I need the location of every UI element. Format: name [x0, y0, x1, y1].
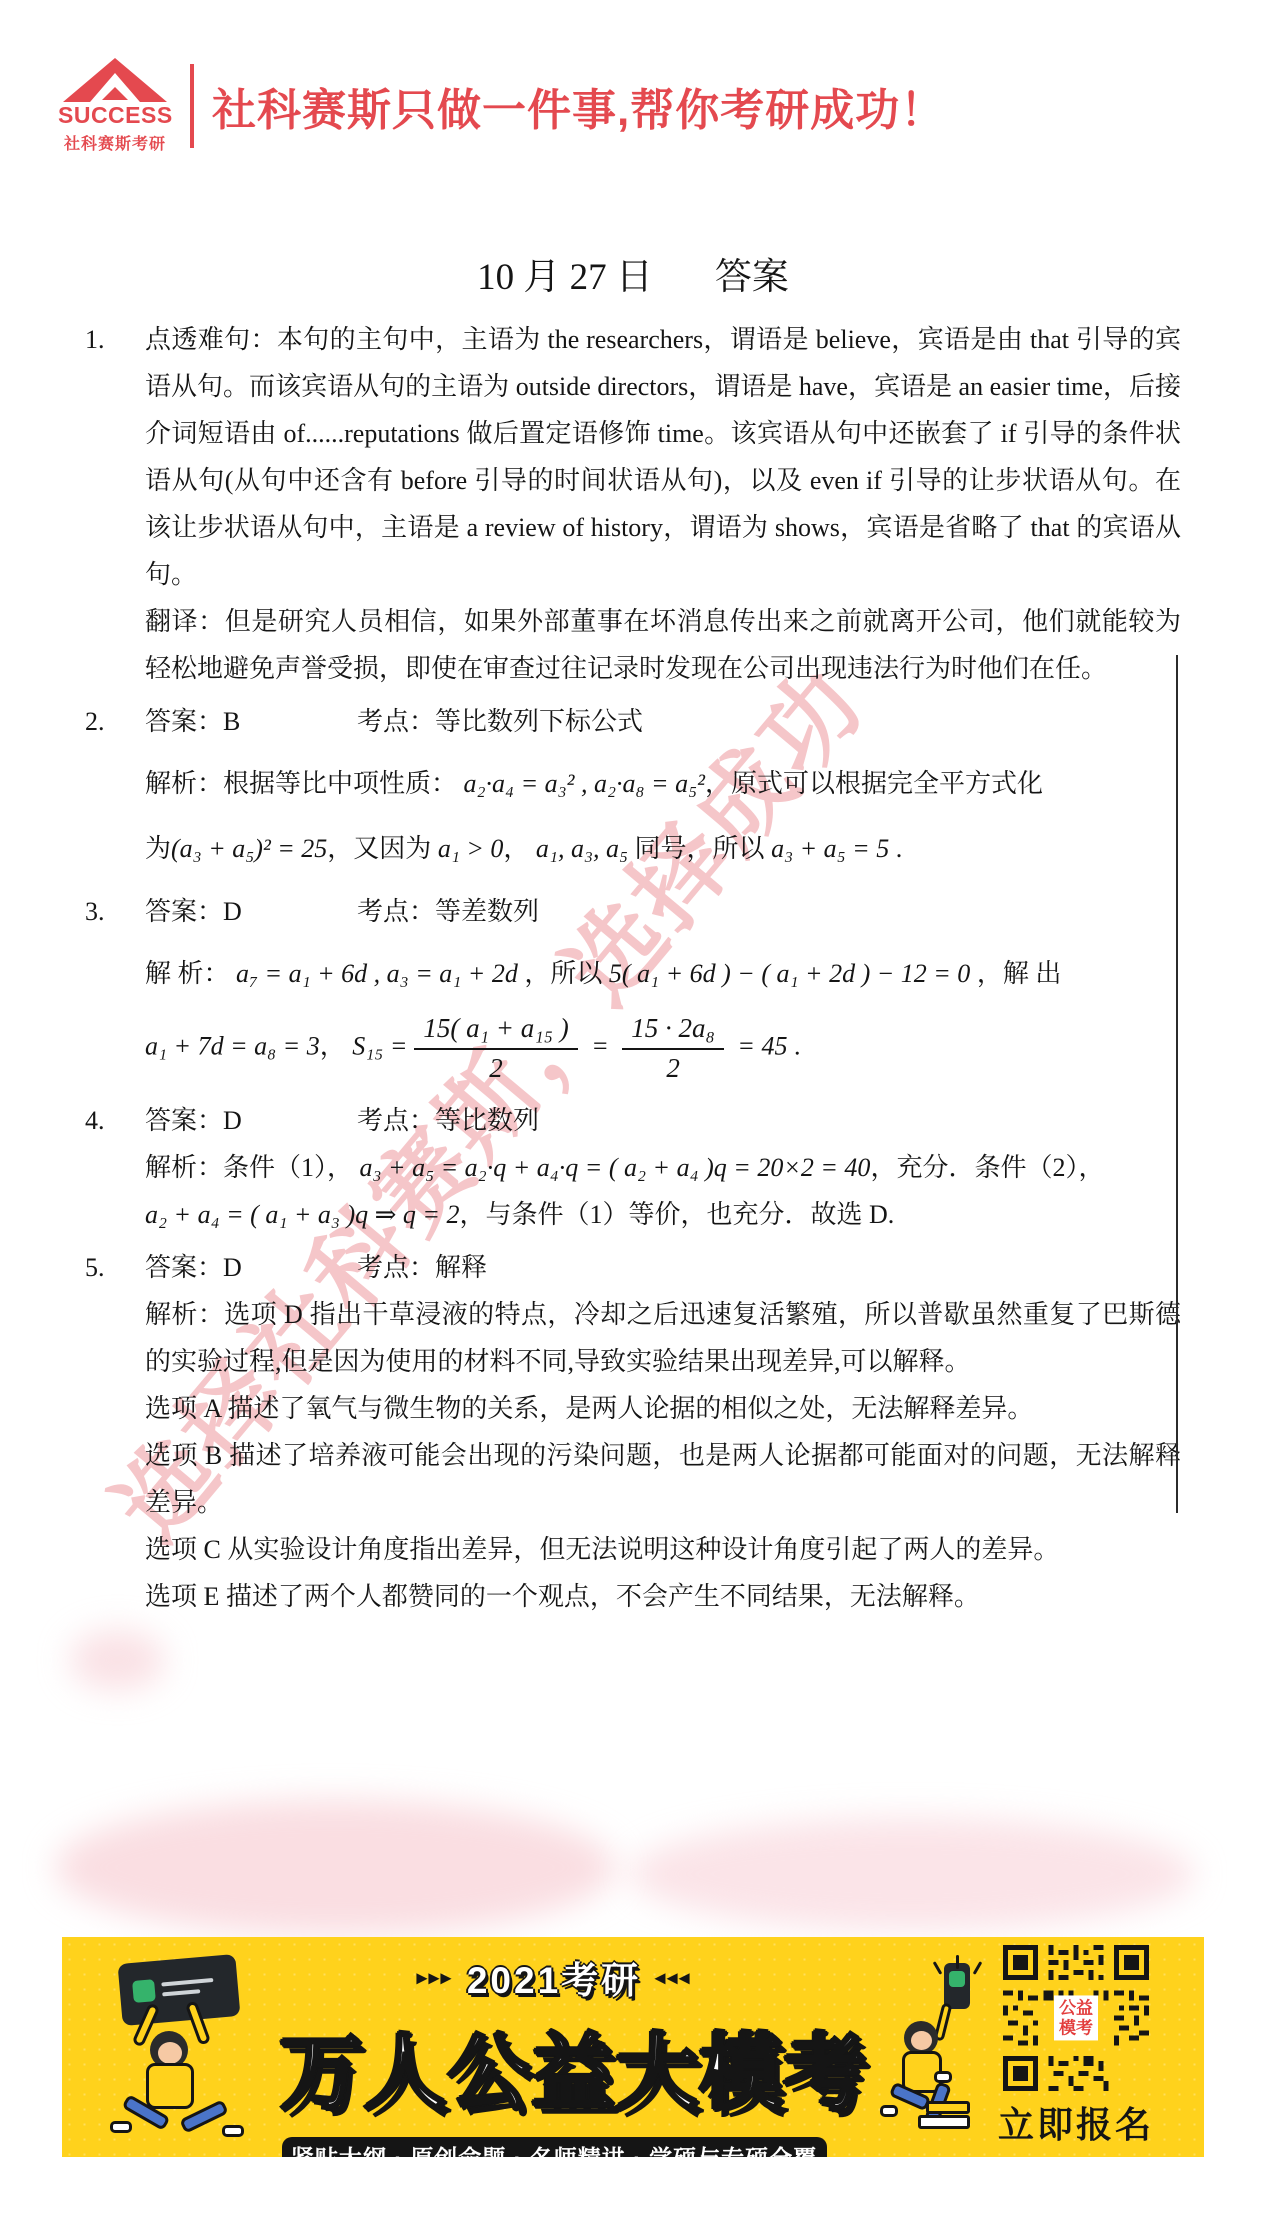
pink-splash — [630, 1818, 1195, 1930]
answer-item: 1.点透难句：本句的主句中，主语为 the researchers，谓语是 be… — [85, 316, 1181, 692]
math-expression: a₃ + a₅ = a₂·q + a₄·q = ( a₂ + a₄ )q = 2… — [360, 1153, 871, 1182]
text-segment: 解析：选项 D 指出干草浸液的特点，冷却之后迅速复活繁殖，所以普歇虽然重复了巴斯… — [145, 1300, 1181, 1376]
math-expression: S₁₅ = — [352, 1032, 407, 1061]
exam-point-text: 考点：等差数列 — [357, 888, 539, 935]
item-number: 4. — [85, 1097, 105, 1144]
math-expression: 5( a₁ + 6d ) − ( a₁ + 2d ) − 12 = 0 — [609, 959, 970, 988]
paragraph: a₂ + a₄ = ( a₁ + a₃ )q ⇒ q = 2，与条件（1）等价，… — [145, 1191, 1181, 1238]
item-number: 3. — [85, 888, 105, 935]
title-label: 答案 — [715, 246, 789, 300]
header-tagline: 社科赛斯只做一件事,帮你考研成功！ — [212, 74, 945, 138]
item-header: 答案：D考点：等差数列 — [145, 888, 1181, 935]
text-segment: 点透难句：本句的主句中，主语为 the researchers，谓语是 beli… — [145, 325, 1181, 589]
banner-pre-title: ▸▸▸ 2021考研 ◂◂◂ — [280, 1950, 828, 2004]
banner-text-block: ▸▸▸ 2021考研 ◂◂◂ 万人公益大模考 紧贴大纲 · 原创命题 · 名师精… — [280, 1937, 828, 2157]
fraction: 15 · 2a₈2 — [622, 1012, 724, 1086]
answer-item: 2.答案：B考点：等比数列下标公式解析：根据等比中项性质： a₂·a₄ = a₃… — [85, 698, 1181, 876]
item-header: 答案：B考点：等比数列下标公式 — [145, 698, 1181, 745]
text-segment: ，与条件（1）等价，也充分．故选 D. — [459, 1200, 894, 1229]
item-number: 2. — [85, 698, 105, 745]
text-segment: 选项 B 描述了培养液可能会出现的污染问题，也是两人论据都可能面对的问题，无法解… — [145, 1441, 1181, 1517]
books-icon — [918, 2099, 978, 2133]
answer-item: 5.答案：D考点：解释解析：选项 D 指出干草浸液的特点，冷却之后迅速复活繁殖，… — [85, 1244, 1181, 1620]
text-segment: 解析：条件（1）， — [145, 1153, 360, 1182]
paragraph: 解析：条件（1）， a₃ + a₅ = a₂·q + a₄·q = ( a₂ +… — [145, 1144, 1181, 1191]
logo-sub-text: 社科赛斯考研 — [58, 131, 172, 154]
paragraph: 解 析： a₇ = a₁ + 6d , a₃ = a₁ + 2d ，所以 5( … — [145, 947, 1181, 1000]
paragraph: 解析：选项 D 指出干草浸液的特点，冷却之后迅速复活繁殖，所以普歇虽然重复了巴斯… — [145, 1291, 1181, 1385]
banner-main-title: 万人公益大模考 — [280, 2008, 828, 2125]
paragraph: 选项 B 描述了培养液可能会出现的污染问题，也是两人论据都可能面对的问题，无法解… — [145, 1432, 1181, 1526]
answer-text: 答案：D — [145, 888, 357, 935]
banner-feature-pill: 紧贴大纲 · 原创命题 · 名师精讲 · 学硕与专硕全覆盖 — [282, 2137, 827, 2157]
exam-point-text: 考点：等比数列下标公式 — [357, 698, 643, 745]
text-segment: ，又因为 — [327, 834, 438, 863]
text-segment: 选项 E 描述了两个人都赞同的一个观点，不会产生不同结果，无法解释。 — [145, 1582, 980, 1611]
title-date: 10 月 27 日 — [477, 246, 653, 300]
item-header: 答案：D考点：等比数列 — [145, 1097, 1181, 1144]
logo-brand-text: SUCCESS — [58, 102, 172, 129]
text-segment: 翻译：但是研究人员相信，如果外部董事在坏消息传出来之前就离开公司，他们就能较为轻… — [145, 607, 1181, 683]
document-page: SUCCESS 社科赛斯考研 社科赛斯只做一件事,帮你考研成功！ 选择社科赛斯，… — [0, 0, 1266, 2233]
qr-center-label: 公益 模考 — [1054, 1995, 1098, 2040]
answer-text: 答案：D — [145, 1097, 357, 1144]
text-segment: ， — [503, 834, 536, 863]
arrows-right-icon: ▸▸▸ — [417, 1965, 453, 1990]
pink-splash — [55, 1800, 615, 1935]
math-expression: a₂·a₄ = a₃² , a₂·a₈ = a₅² — [464, 769, 705, 798]
cta-register[interactable]: 立即报名 — [980, 2097, 1172, 2148]
item-number: 1. — [85, 316, 105, 363]
fraction: 15( a₁ + a₁₅ )2 — [414, 1012, 577, 1086]
text-segment: 解 析： — [145, 959, 236, 988]
math-expression: a₁, a₃, a₅ — [536, 834, 628, 863]
text-segment: ，充分．条件（2）， — [870, 1153, 1104, 1182]
paragraph: 翻译：但是研究人员相信，如果外部董事在坏消息传出来之前就离开公司，他们就能较为轻… — [145, 598, 1181, 692]
answers-list: 1.点透难句：本句的主句中，主语为 the researchers，谓语是 be… — [85, 316, 1181, 1626]
phone-icon — [944, 1963, 970, 2009]
text-segment: . — [889, 834, 902, 863]
page-title: 10 月 27 日 答案 — [0, 246, 1266, 300]
paragraph: 选项 A 描述了氧气与微生物的关系，是两人论据的相似之处，无法解释差异。 — [145, 1385, 1181, 1432]
exam-point-text: 考点：解释 — [357, 1244, 487, 1291]
pink-splash — [70, 1630, 165, 1690]
text-segment: 同号，所以 — [628, 834, 771, 863]
math-expression: a₁ + 7d = a₈ = 3 — [145, 1032, 320, 1061]
page-header: SUCCESS 社科赛斯考研 社科赛斯只做一件事,帮你考研成功！ — [58, 58, 945, 154]
paragraph: 为(a₃ + a₅)² = 25，又因为 a₁ > 0， a₁, a₃, a₅ … — [145, 822, 1181, 875]
paragraph: a₁ + 7d = a₈ = 3， S₁₅ =15( a₁ + a₁₅ )2 =… — [145, 1012, 1181, 1086]
mountain-peak-icon — [102, 87, 128, 100]
banner-pre-title-text: 2021考研 — [467, 1950, 641, 2004]
paragraph: 点透难句：本句的主句中，主语为 the researchers，谓语是 beli… — [145, 316, 1181, 598]
math-expression: a₃ + a₅ = 5 — [771, 834, 889, 863]
success-logo: SUCCESS 社科赛斯考研 — [58, 58, 172, 154]
tablet-icon — [118, 1954, 241, 2026]
math-expression: (a₃ + a₅)² = 25 — [171, 834, 327, 863]
tablet-logo-icon — [132, 1979, 156, 2003]
text-segment: 选项 A 描述了氧气与微生物的关系，是两人论据的相似之处，无法解释差异。 — [145, 1394, 1033, 1423]
paragraph: 选项 C 从实验设计角度指出差异，但无法说明这种设计角度引起了两人的差异。 — [145, 1526, 1181, 1573]
math-expression: = — [585, 1032, 616, 1061]
text-segment: ，所以 — [518, 959, 609, 988]
item-number: 5. — [85, 1244, 105, 1291]
text-segment: 解析：根据等比中项性质： — [145, 769, 464, 798]
answer-text: 答案：D — [145, 1244, 357, 1291]
answer-item: 4.答案：D考点：等比数列解析：条件（1）， a₃ + a₅ = a₂·q + … — [85, 1097, 1181, 1238]
text-segment: 选项 C 从实验设计角度指出差异，但无法说明这种设计角度引起了两人的差异。 — [145, 1535, 1059, 1564]
math-expression: = 45 — [731, 1032, 788, 1061]
page-margin-line — [1176, 655, 1178, 1513]
math-expression: a₁ > 0 — [438, 834, 504, 863]
item-header: 答案：D考点：解释 — [145, 1244, 1181, 1291]
text-segment: . — [787, 1032, 800, 1061]
math-expression: a₇ = a₁ + 6d , a₃ = a₁ + 2d — [236, 959, 518, 988]
illustration-girl-left — [88, 1957, 288, 2152]
exam-point-text: 考点：等比数列 — [357, 1097, 539, 1144]
header-divider — [190, 64, 194, 148]
text-segment: ，解 出 — [970, 959, 1061, 988]
text-segment: ， — [320, 1032, 353, 1061]
arrows-left-icon: ◂◂◂ — [655, 1965, 691, 1990]
text-segment: 为 — [145, 834, 171, 863]
text-segment: ，原式可以根据完全平方式化 — [705, 769, 1043, 798]
math-expression: a₂ + a₄ = ( a₁ + a₃ )q ⇒ q = 2 — [145, 1200, 459, 1229]
promo-banner[interactable]: ▸▸▸ 2021考研 ◂◂◂ 万人公益大模考 紧贴大纲 · 原创命题 · 名师精… — [62, 1937, 1204, 2157]
paragraph: 解析：根据等比中项性质： a₂·a₄ = a₃² , a₂·a₈ = a₅²，原… — [145, 757, 1181, 810]
answer-text: 答案：B — [145, 698, 357, 745]
paragraph: 选项 E 描述了两个人都赞同的一个观点，不会产生不同结果，无法解释。 — [145, 1573, 1181, 1620]
answer-item: 3.答案：D考点：等差数列解 析： a₇ = a₁ + 6d , a₃ = a₁… — [85, 888, 1181, 1086]
qr-code: 公益 模考 — [1003, 1945, 1149, 2091]
